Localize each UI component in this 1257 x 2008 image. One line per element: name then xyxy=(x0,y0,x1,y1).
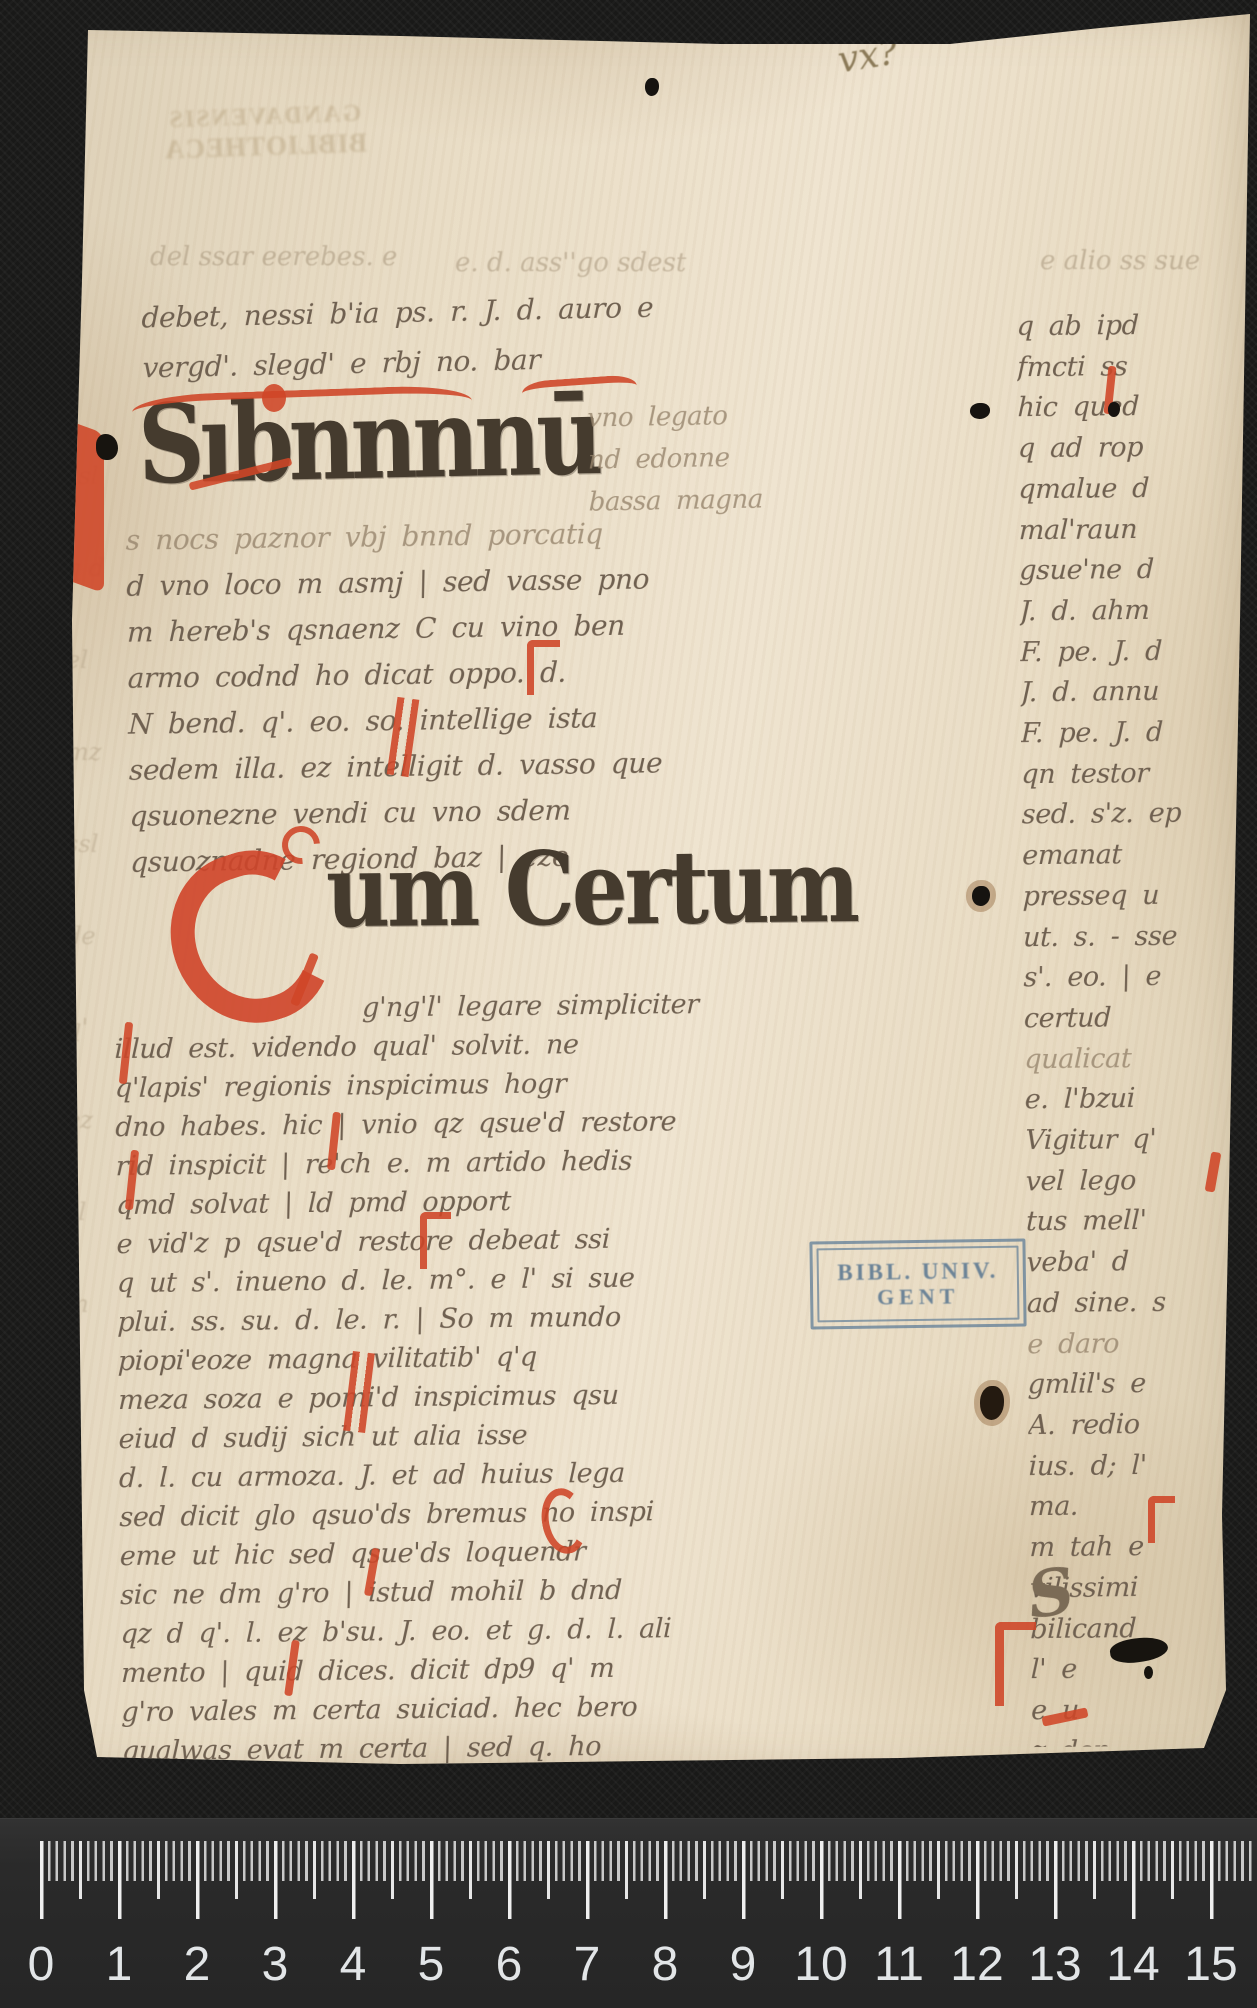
manuscript-line: e daro xyxy=(1027,1322,1257,1365)
ruler-label: 2 xyxy=(158,1937,236,1992)
library-stamp-line1: BIBL. UNIV. xyxy=(837,1258,998,1286)
ruler-label: 8 xyxy=(626,1937,704,1992)
folio-inscription: vx? xyxy=(835,32,901,82)
ghost-fragment: de xyxy=(64,890,106,982)
manuscript-line: gmlil's e xyxy=(1027,1363,1257,1406)
manuscript-line: s'. eo. | e xyxy=(1023,956,1256,999)
ghost-fragment: q' xyxy=(64,982,106,1074)
ruler-label: 5 xyxy=(392,1937,470,1992)
right-column-block: q ab ipdfmcti sshic quedq ad ropqmalue d… xyxy=(1016,305,1257,1747)
manuscript-line: emanat xyxy=(1022,834,1255,877)
manuscript-line: e u xyxy=(1031,1689,1257,1732)
manuscript-line: eiud d sudij sich ut alia isse xyxy=(118,1414,704,1459)
manuscript-line: A. redio xyxy=(1028,1404,1257,1447)
left-column-side-lines: vno legatond edonnebassa magna xyxy=(587,394,763,523)
manuscript-line: hic qued xyxy=(1017,386,1250,429)
ruler-millimeter-ticks xyxy=(40,1841,1256,1881)
manuscript-line: q ad rop xyxy=(1017,427,1250,470)
ruler-label: 7 xyxy=(548,1937,626,1992)
parchment-hole xyxy=(980,1386,1004,1420)
parchment-hole xyxy=(972,886,990,906)
ruler-label: 11 xyxy=(860,1937,938,1992)
library-stamp: BIBL. UNIV. GENT xyxy=(809,1238,1026,1329)
left-column-lower-block: g'ng'l' legare simpliciterillud est. vid… xyxy=(114,985,707,1771)
manuscript-line: eme ut hic sed qsue'ds loquendr xyxy=(119,1531,705,1576)
manuscript-line: J. d. annu xyxy=(1020,671,1253,714)
manuscript-line: qz d q'. l. ez b'su. J. eo. et g. d. l. … xyxy=(120,1609,706,1654)
library-stamp-line2: GENT xyxy=(837,1284,998,1310)
manuscript-line: qmalue d xyxy=(1018,468,1251,511)
ghost-fragment: ez xyxy=(64,1074,106,1166)
manuscript-line: nd edonne xyxy=(588,436,763,481)
manuscript-line: sed dicit glo qsuo'ds bremus no inspi xyxy=(119,1492,705,1537)
manuscript-line: d vno loco m asmj | sed vasse pno xyxy=(126,556,660,609)
ruler-label: 15 xyxy=(1172,1937,1250,1992)
manuscript-line: ut. s. - sse xyxy=(1023,915,1256,958)
manuscript-line: q ut s'. inueno d. le. m°. e l' si sue xyxy=(117,1258,703,1303)
manuscript-line: qualicat xyxy=(1024,1037,1257,1080)
manuscript-line: z den xyxy=(1031,1729,1257,1747)
ghost-fragment: m xyxy=(64,1258,106,1350)
showthrough-stamp: GANDAVENSIS BIBLIOTHECA xyxy=(159,100,371,165)
manuscript-line: tus mell' xyxy=(1026,1200,1257,1243)
ruler-label: 4 xyxy=(314,1937,392,1992)
display-word-cum-certum: um Certum xyxy=(326,826,858,951)
ruler-label: 3 xyxy=(236,1937,314,1992)
manuscript-line: s nocs paznor vbj bnnd porcatiq xyxy=(125,510,659,563)
right-column-header-fragment: e alio ss sue xyxy=(1040,246,1200,276)
ghost-fragment: sl xyxy=(64,1166,106,1258)
manuscript-line: Vigitur q' xyxy=(1025,1119,1257,1162)
ghost-fragment: ssl xyxy=(64,798,106,890)
manuscript-line: dno habes. hic | vnio qz qsue'd restore xyxy=(115,1102,701,1147)
manuscript-line: certud xyxy=(1023,997,1256,1040)
rubrication-paragraph-mark xyxy=(420,1212,451,1269)
manuscript-line: ad sine. s xyxy=(1026,1282,1257,1325)
ruler-label: 13 xyxy=(1016,1937,1094,1992)
manuscript-line: m hereb's qsnaenz C cu vino ben xyxy=(127,602,661,655)
manuscript-line: g'ro vales m certa suiciad. hec bero xyxy=(121,1687,707,1732)
manuscript-line: sic ne dm g'ro | istud mohil b dnd xyxy=(120,1570,706,1615)
manuscript-photo: GANDAVENSIS BIBLIOTHECA vx? del ssar eer… xyxy=(0,0,1257,2008)
ruler-labels: 0123456789101112131415 xyxy=(2,1937,1250,1992)
manuscript-line: presseq u xyxy=(1022,875,1255,918)
manuscript-line: F. pe. J. d xyxy=(1020,712,1253,755)
ruler-label: 9 xyxy=(704,1937,782,1992)
ruler-label: 1 xyxy=(80,1937,158,1992)
manuscript-line: mal'raun xyxy=(1018,508,1251,551)
manuscript-line: F. pe. J. d xyxy=(1020,630,1253,673)
parchment-hole xyxy=(970,403,990,419)
manuscript-line: gsue'ne d xyxy=(1019,549,1252,592)
ink-blot xyxy=(96,434,118,460)
manuscript-line: q ab ipd xyxy=(1016,305,1249,348)
manuscript-line: rid inspicit | re'ch e. m artido hedis xyxy=(115,1141,701,1186)
rubrication-paragraph-mark xyxy=(995,1622,1036,1706)
manuscript-line: veba' d xyxy=(1026,1241,1257,1284)
showthrough-stamp-line2: BIBLIOTHECA xyxy=(160,127,371,165)
manuscript-line: vel lego xyxy=(1025,1160,1257,1203)
manuscript-line: J. d. ahm xyxy=(1019,590,1252,633)
manuscript-line: sed. s'z. ep xyxy=(1021,793,1254,836)
ghost-fragment: el xyxy=(64,614,106,706)
manuscript-line: armo codnd ho dicat oppo. d. xyxy=(127,648,661,701)
manuscript-line: q'lapis' regionis inspicimus hogr xyxy=(114,1063,700,1108)
header-fragment-right: e. d. ass''go sdest xyxy=(455,248,686,278)
manuscript-line: vno legato xyxy=(587,394,762,439)
ruler-centimeter-ticks xyxy=(40,1841,1214,1919)
ghost-fragment: mz xyxy=(64,706,106,798)
rubrication-paragraph-mark xyxy=(1148,1496,1175,1543)
manuscript-line: e vid'z p qsue'd restore debeat ssi xyxy=(116,1219,702,1264)
manuscript-line: qmd solvat | ld pmd opport xyxy=(116,1180,702,1225)
ruler-label: 6 xyxy=(470,1937,548,1992)
manuscript-line: meza soza e pomi'd inspicimus qsu xyxy=(118,1375,704,1420)
manuscript-line: qualwas evat m certa | sed q. ho xyxy=(121,1726,707,1771)
measuring-ruler: 0123456789101112131415 xyxy=(0,1818,1257,2008)
manuscript-line: plui. ss. su. d. le. r. | So m mundo xyxy=(117,1297,703,1342)
manuscript-line: ius. d; l' xyxy=(1028,1444,1257,1487)
manuscript-line: e. l'bzui xyxy=(1024,1078,1257,1121)
ruler-label: 0 xyxy=(2,1937,80,1992)
rubrication-paragraph-mark xyxy=(527,640,560,695)
library-stamp-text: BIBL. UNIV. GENT xyxy=(837,1258,999,1310)
manuscript-line: mento | quid dices. dicit dp9 q' m xyxy=(121,1648,707,1693)
ink-blot xyxy=(1144,1666,1153,1679)
rubrication-mark xyxy=(262,384,286,412)
parchment-page: GANDAVENSIS BIBLIOTHECA vx? del ssar eer… xyxy=(0,0,1257,1790)
ruler-label: 12 xyxy=(938,1937,1016,1992)
manuscript-line: qn testor xyxy=(1021,753,1254,796)
ruler-label: 14 xyxy=(1094,1937,1172,1992)
ruler-label: 10 xyxy=(782,1937,860,1992)
manuscript-line: d. l. cu armoza. J. et ad huius lega xyxy=(119,1453,705,1498)
manuscript-line: fmcti ss xyxy=(1017,346,1250,389)
manuscript-line: illud est. videndo qual' solvit. ne xyxy=(114,1024,700,1069)
manuscript-line: piopi'eoze magna vilitatib' q'q xyxy=(117,1336,703,1381)
parchment-hole xyxy=(645,78,659,96)
manuscript-line: ma. xyxy=(1029,1485,1257,1528)
header-fragment-left: del ssar eerebes. e xyxy=(150,242,397,272)
